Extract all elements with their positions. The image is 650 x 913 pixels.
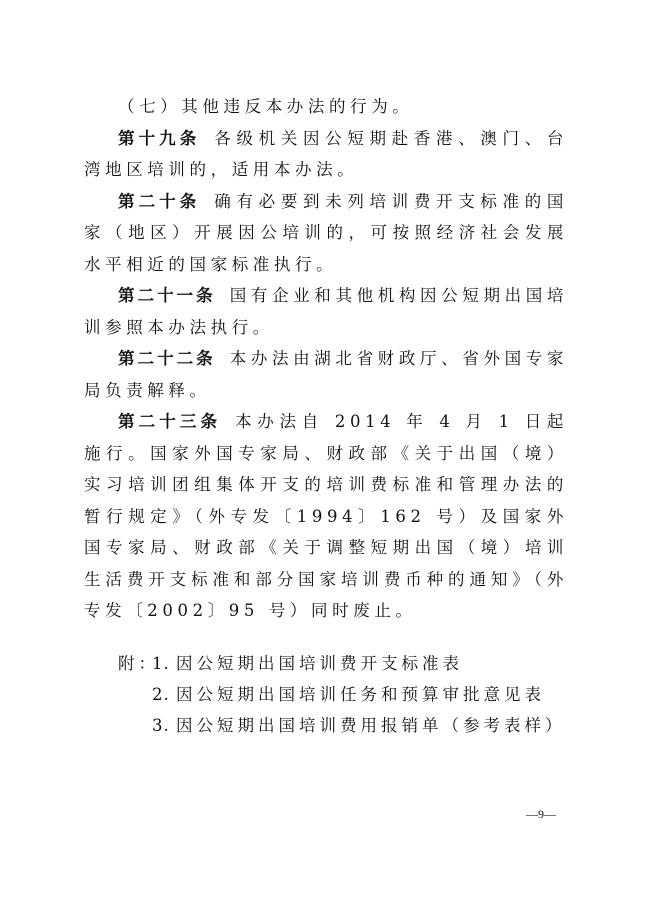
- attachment-number: 3.: [152, 710, 176, 741]
- attachment-title: 因公短期出国培训费开支标准表: [176, 654, 463, 673]
- article-heading: 第二十条: [118, 192, 200, 211]
- attachment-item-2: 2.因公短期出国培训任务和预算审批意见表: [118, 679, 566, 710]
- article-21: 第二十一条国有企业和其他机构因公短期出国培训参照本办法执行。: [84, 280, 568, 343]
- article-heading: 第十九条: [118, 129, 200, 148]
- attachment-item-3: 3.因公短期出国培训费用报销单（参考表样）: [118, 710, 566, 741]
- article-text: 本办法自 2014 年 4 月 1 日起施行。国家外国专家局、财政部《关于出国（…: [84, 412, 568, 620]
- document-body: （七）其他违反本办法的行为。 第十九条各级机关因公短期赴香港、澳门、台湾地区培训…: [84, 91, 568, 627]
- attachment-title: 因公短期出国培训费用报销单（参考表样）: [176, 716, 566, 735]
- article-heading: 第二十一条: [118, 286, 216, 305]
- page-number: —9—: [526, 807, 556, 822]
- article-heading: 第二十二条: [118, 349, 216, 368]
- attachment-number: 2.: [152, 679, 176, 710]
- attachment-item-1: 附：1.因公短期出国培训费开支标准表: [118, 648, 566, 679]
- attachments-list: 附：1.因公短期出国培训费开支标准表 2.因公短期出国培训任务和预算审批意见表 …: [118, 648, 566, 741]
- article-22: 第二十二条本办法由湖北省财政厅、省外国专家局负责解释。: [84, 343, 568, 406]
- paragraph-item-7: （七）其他违反本办法的行为。: [84, 91, 568, 123]
- attachment-title: 因公短期出国培训任务和预算审批意见表: [176, 685, 545, 704]
- article-23: 第二十三条本办法自 2014 年 4 月 1 日起施行。国家外国专家局、财政部《…: [84, 406, 568, 627]
- article-19: 第十九条各级机关因公短期赴香港、澳门、台湾地区培训的，适用本办法。: [84, 123, 568, 186]
- attachments-prefix: 附：: [118, 648, 152, 679]
- paragraph-text: （七）其他违反本办法的行为。: [118, 97, 413, 116]
- article-heading: 第二十三条: [118, 412, 221, 431]
- article-20: 第二十条确有必要到未列培训费开支标准的国家（地区）开展因公培训的，可按照经济社会…: [84, 186, 568, 281]
- attachment-number: 1.: [152, 648, 176, 679]
